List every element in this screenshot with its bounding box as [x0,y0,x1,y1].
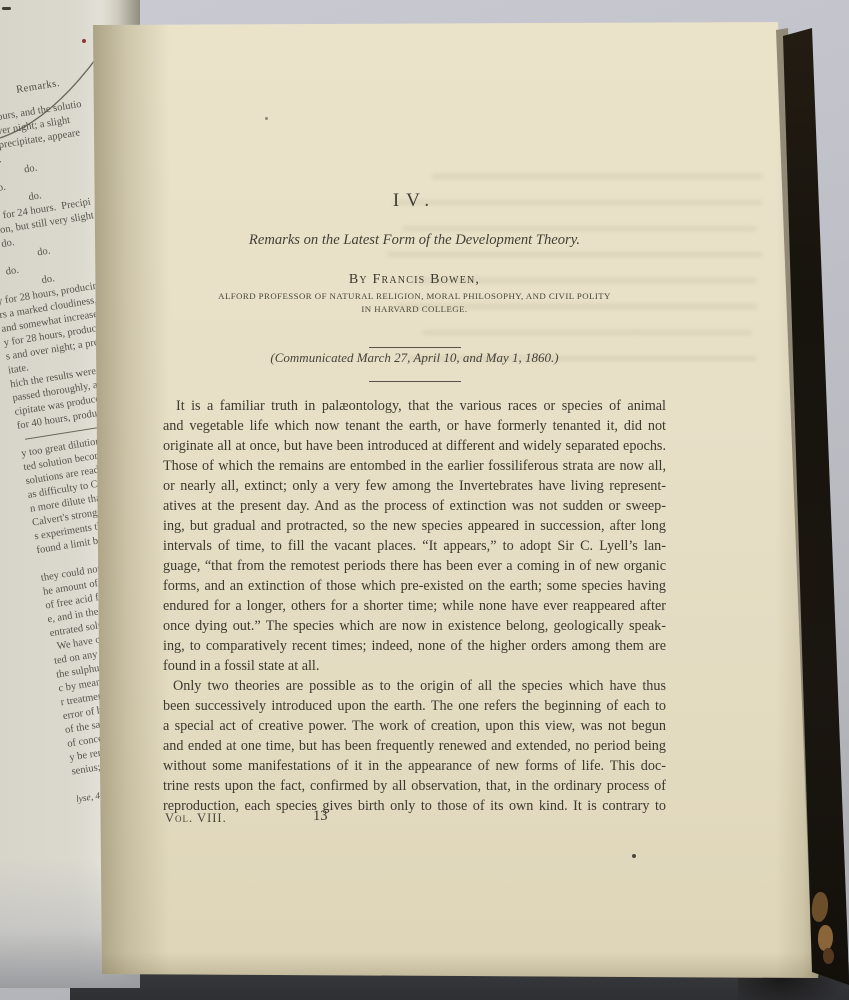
volume-label: Vol. VIII. [165,811,227,826]
body-line: a special act of creative power. The wor… [163,718,666,738]
body-line: atives at the present day. And as the pr… [163,498,666,518]
body-line: forms, and an extinction of those which … [163,578,666,598]
separator-rule-bottom [369,381,461,382]
communicated-note: (Communicated March 27, April 10, and Ma… [163,350,666,366]
body-line: endured for a longer, others for a short… [163,598,666,618]
speck [82,39,86,43]
gutter-shadow [92,22,170,978]
separator-rule-top [369,347,461,348]
author-affiliation-line1: ALFORD PROFESSOR OF NATURAL RELIGION, MO… [163,291,666,301]
right-page: IV. Remarks on the Latest Form of the De… [92,22,822,978]
section-number: IV. [163,190,666,212]
body-line: trine rests upon the fact, confirmed by … [163,778,666,798]
author-affiliation-line2: IN HARVARD COLLEGE. [163,304,666,314]
body-line: once dying out.” The species which are n… [163,618,666,638]
body-line: intervals of time, to fill the vacant pl… [163,538,666,558]
speck [632,854,636,858]
article-title: Remarks on the Latest Form of the Develo… [163,232,666,249]
text-column: IV. Remarks on the Latest Form of the De… [163,22,666,978]
body-line: originate all at once, but have been int… [163,438,666,458]
body-line: and ended at one time, but has been freq… [163,738,666,758]
body-line: been successively introduced upon the ea… [163,698,666,718]
author-byline: By Francis Bowen, [163,272,666,288]
body-line: guage, “that from the remotest periods t… [163,558,666,578]
body-line: and vegetable life which now tenant the … [163,418,666,438]
body-line: ing, to comparatively recent times; inde… [163,638,666,658]
body-line: Those of which the remains are entombed … [163,458,666,478]
fore-edge-shadow [776,22,822,978]
body-line: Only two theories are possible as to the… [163,678,666,698]
speck [265,117,268,120]
body-line: reproduction, each species gives birth o… [163,798,666,818]
body-text: It is a familiar truth in palæontology, … [163,398,666,818]
book-photo: Remarks. veral hours, and the solutiotoo… [0,0,849,1000]
body-line: ing, but gradual and protracted, so the … [163,518,666,538]
body-line: It is a familiar truth in palæontology, … [163,398,666,418]
page-number: 13 [313,808,328,825]
body-line: without some manifestations of it in the… [163,758,666,778]
body-line: or nearly all, extinct; only a very few … [163,478,666,498]
body-line: found in a fossil state at all. [163,658,666,678]
speck [2,7,11,10]
